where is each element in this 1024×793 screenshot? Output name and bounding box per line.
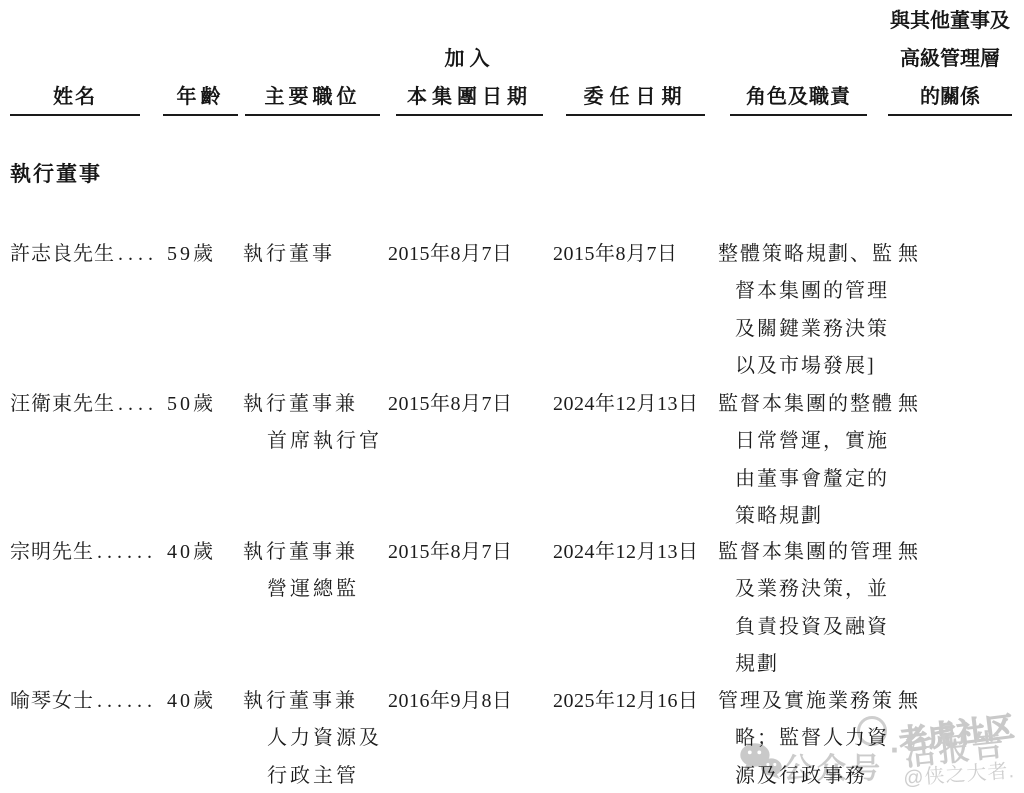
director-role: 管理及實施業務策 略；監督人力資 源及行政事務 — [718, 683, 914, 793]
header-underline-join-date — [396, 114, 543, 116]
column-header-join-date-line1: 加入 — [396, 40, 543, 78]
director-age: 40歲 — [167, 683, 239, 720]
column-header-relationship-line3: 的關係 — [888, 78, 1012, 116]
director-join-date: 2015年8月7日 — [388, 236, 553, 273]
director-relationship: 無 — [898, 236, 958, 273]
dot-leader: ...... — [97, 690, 157, 712]
dot-leader: .... — [118, 393, 158, 415]
header-underline-relationship — [888, 114, 1012, 116]
column-header-position: 主要職位 — [245, 78, 380, 116]
director-position: 執行董事 — [243, 236, 408, 273]
director-name: 喻琴女士...... — [10, 683, 175, 720]
column-header-role: 角色及職責 — [730, 78, 867, 116]
header-underline-role — [730, 114, 867, 116]
dot-leader: .... — [118, 243, 158, 265]
director-join-date: 2015年8月7日 — [388, 386, 553, 423]
director-relationship: 無 — [898, 683, 958, 720]
header-underline-name — [10, 114, 140, 116]
header-underline-age — [163, 114, 238, 116]
director-join-date: 2016年9月8日 — [388, 683, 553, 720]
column-header-relationship-line1: 與其他董事及 — [888, 2, 1012, 40]
director-age: 40歲 — [167, 534, 239, 571]
director-relationship: 無 — [898, 534, 958, 571]
column-header-relationship-line2: 高級管理層 — [888, 40, 1012, 78]
column-header-age: 年齡 — [163, 78, 238, 116]
director-position: 執行董事兼 人力資源及 行政主管 — [243, 683, 408, 793]
prospectus-directors-page: 公众号 · 老虎社区 活报告 @侠之大者. 姓名 年齡 主要職位 加入 本集團日… — [0, 0, 1024, 793]
director-name: 汪衛東先生.... — [10, 386, 175, 423]
director-name: 宗明先生...... — [10, 534, 175, 571]
column-header-join-date-line2: 本集團日期 — [396, 78, 543, 116]
director-name: 許志良先生.... — [10, 236, 175, 273]
director-position: 執行董事兼 營運總監 — [243, 534, 408, 609]
column-header-join-date: 加入 本集團日期 — [396, 40, 543, 116]
director-appointment-date: 2024年12月13日 — [553, 534, 721, 571]
director-join-date: 2015年8月7日 — [388, 534, 553, 571]
director-age: 59歲 — [167, 236, 239, 273]
director-appointment-date: 2015年8月7日 — [553, 236, 721, 273]
header-underline-appointment-date — [566, 114, 705, 116]
director-appointment-date: 2024年12月13日 — [553, 386, 721, 423]
director-role: 監督本集團的整體 日常營運，實施 由董事會釐定的 策略規劃 — [718, 386, 914, 535]
header-underline-position — [245, 114, 380, 116]
director-appointment-date: 2025年12月16日 — [553, 683, 721, 720]
dot-leader: ...... — [97, 541, 157, 563]
column-header-appointment-date: 委任日期 — [566, 78, 705, 116]
section-title-executive-directors: 執行董事 — [10, 156, 102, 194]
director-role: 整體策略規劃、監 督本集團的管理 及關鍵業務決策 以及市場發展] — [718, 236, 914, 385]
director-age: 50歲 — [167, 386, 239, 423]
director-position: 執行董事兼 首席執行官 — [243, 386, 408, 461]
column-header-relationship: 與其他董事及 高級管理層 的關係 — [888, 2, 1012, 116]
director-relationship: 無 — [898, 386, 958, 423]
column-header-name: 姓名 — [10, 78, 140, 116]
director-role: 監督本集團的管理 及業務決策，並 負責投資及融資 規劃 — [718, 534, 914, 683]
